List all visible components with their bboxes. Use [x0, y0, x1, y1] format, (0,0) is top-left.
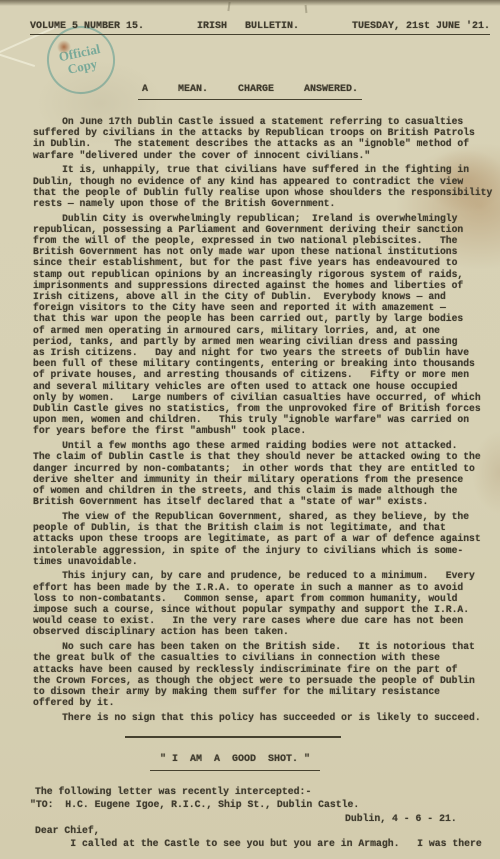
paragraph: Until a few months ago these armed raidi… — [33, 440, 489, 507]
bulletin-title: IRISH BULLETIN. — [197, 21, 299, 32]
letter-body-line: I called at the Castle to see you but yo… — [35, 838, 482, 849]
paragraph: The view of the Republican Government, s… — [33, 511, 489, 567]
stamp-line-1: Official — [58, 42, 102, 64]
letter-intro: The following letter was recently interc… — [35, 786, 311, 797]
volume-number: VOLUME 5 NUMBER 15. — [30, 21, 144, 32]
ink-blot — [57, 40, 71, 54]
letter-heading-row: " I AM A GOOD SHOT. " — [0, 748, 470, 771]
letter-address: "TO: H.C. Eugene Igoe, R.I.C., Ship St.,… — [30, 799, 359, 810]
letter-salutation: Dear Chief, — [35, 825, 100, 836]
paragraph: It is, unhappily, true that civilians ha… — [33, 164, 489, 209]
paragraph: On June 17th Dublin Castle issued a stat… — [33, 116, 489, 161]
stamp-line-2: Copy — [67, 57, 99, 77]
masthead-row: VOLUME 5 NUMBER 15. IRISH BULLETIN. TUES… — [30, 21, 490, 35]
paragraph: There is no sign that this policy has su… — [33, 712, 489, 723]
letter-dateline: Dublin, 4 - 6 - 21. — [345, 813, 457, 824]
paragraph: Dublin City is overwhelmingly republican… — [33, 213, 489, 437]
article-body: On June 17th Dublin Castle issued a stat… — [33, 116, 489, 727]
section-divider — [125, 736, 341, 738]
paragraph: This injury can, by care and prudence, b… — [33, 570, 489, 637]
article-title-row: A MEAN. CHARGE ANSWERED. — [0, 78, 500, 100]
letter-heading: " I AM A GOOD SHOT. " — [150, 754, 320, 771]
pen-mark — [305, 5, 308, 13]
paragraph: No such care has been taken on the Briti… — [33, 641, 489, 708]
scanned-bulletin-page: Official Copy VOLUME 5 NUMBER 15. IRISH … — [0, 0, 500, 859]
pen-mark — [227, 2, 230, 11]
issue-date: TUESDAY, 21st JUNE '21. — [352, 21, 490, 32]
article-title: A MEAN. CHARGE ANSWERED. — [138, 84, 362, 100]
paper-crease — [0, 51, 35, 67]
